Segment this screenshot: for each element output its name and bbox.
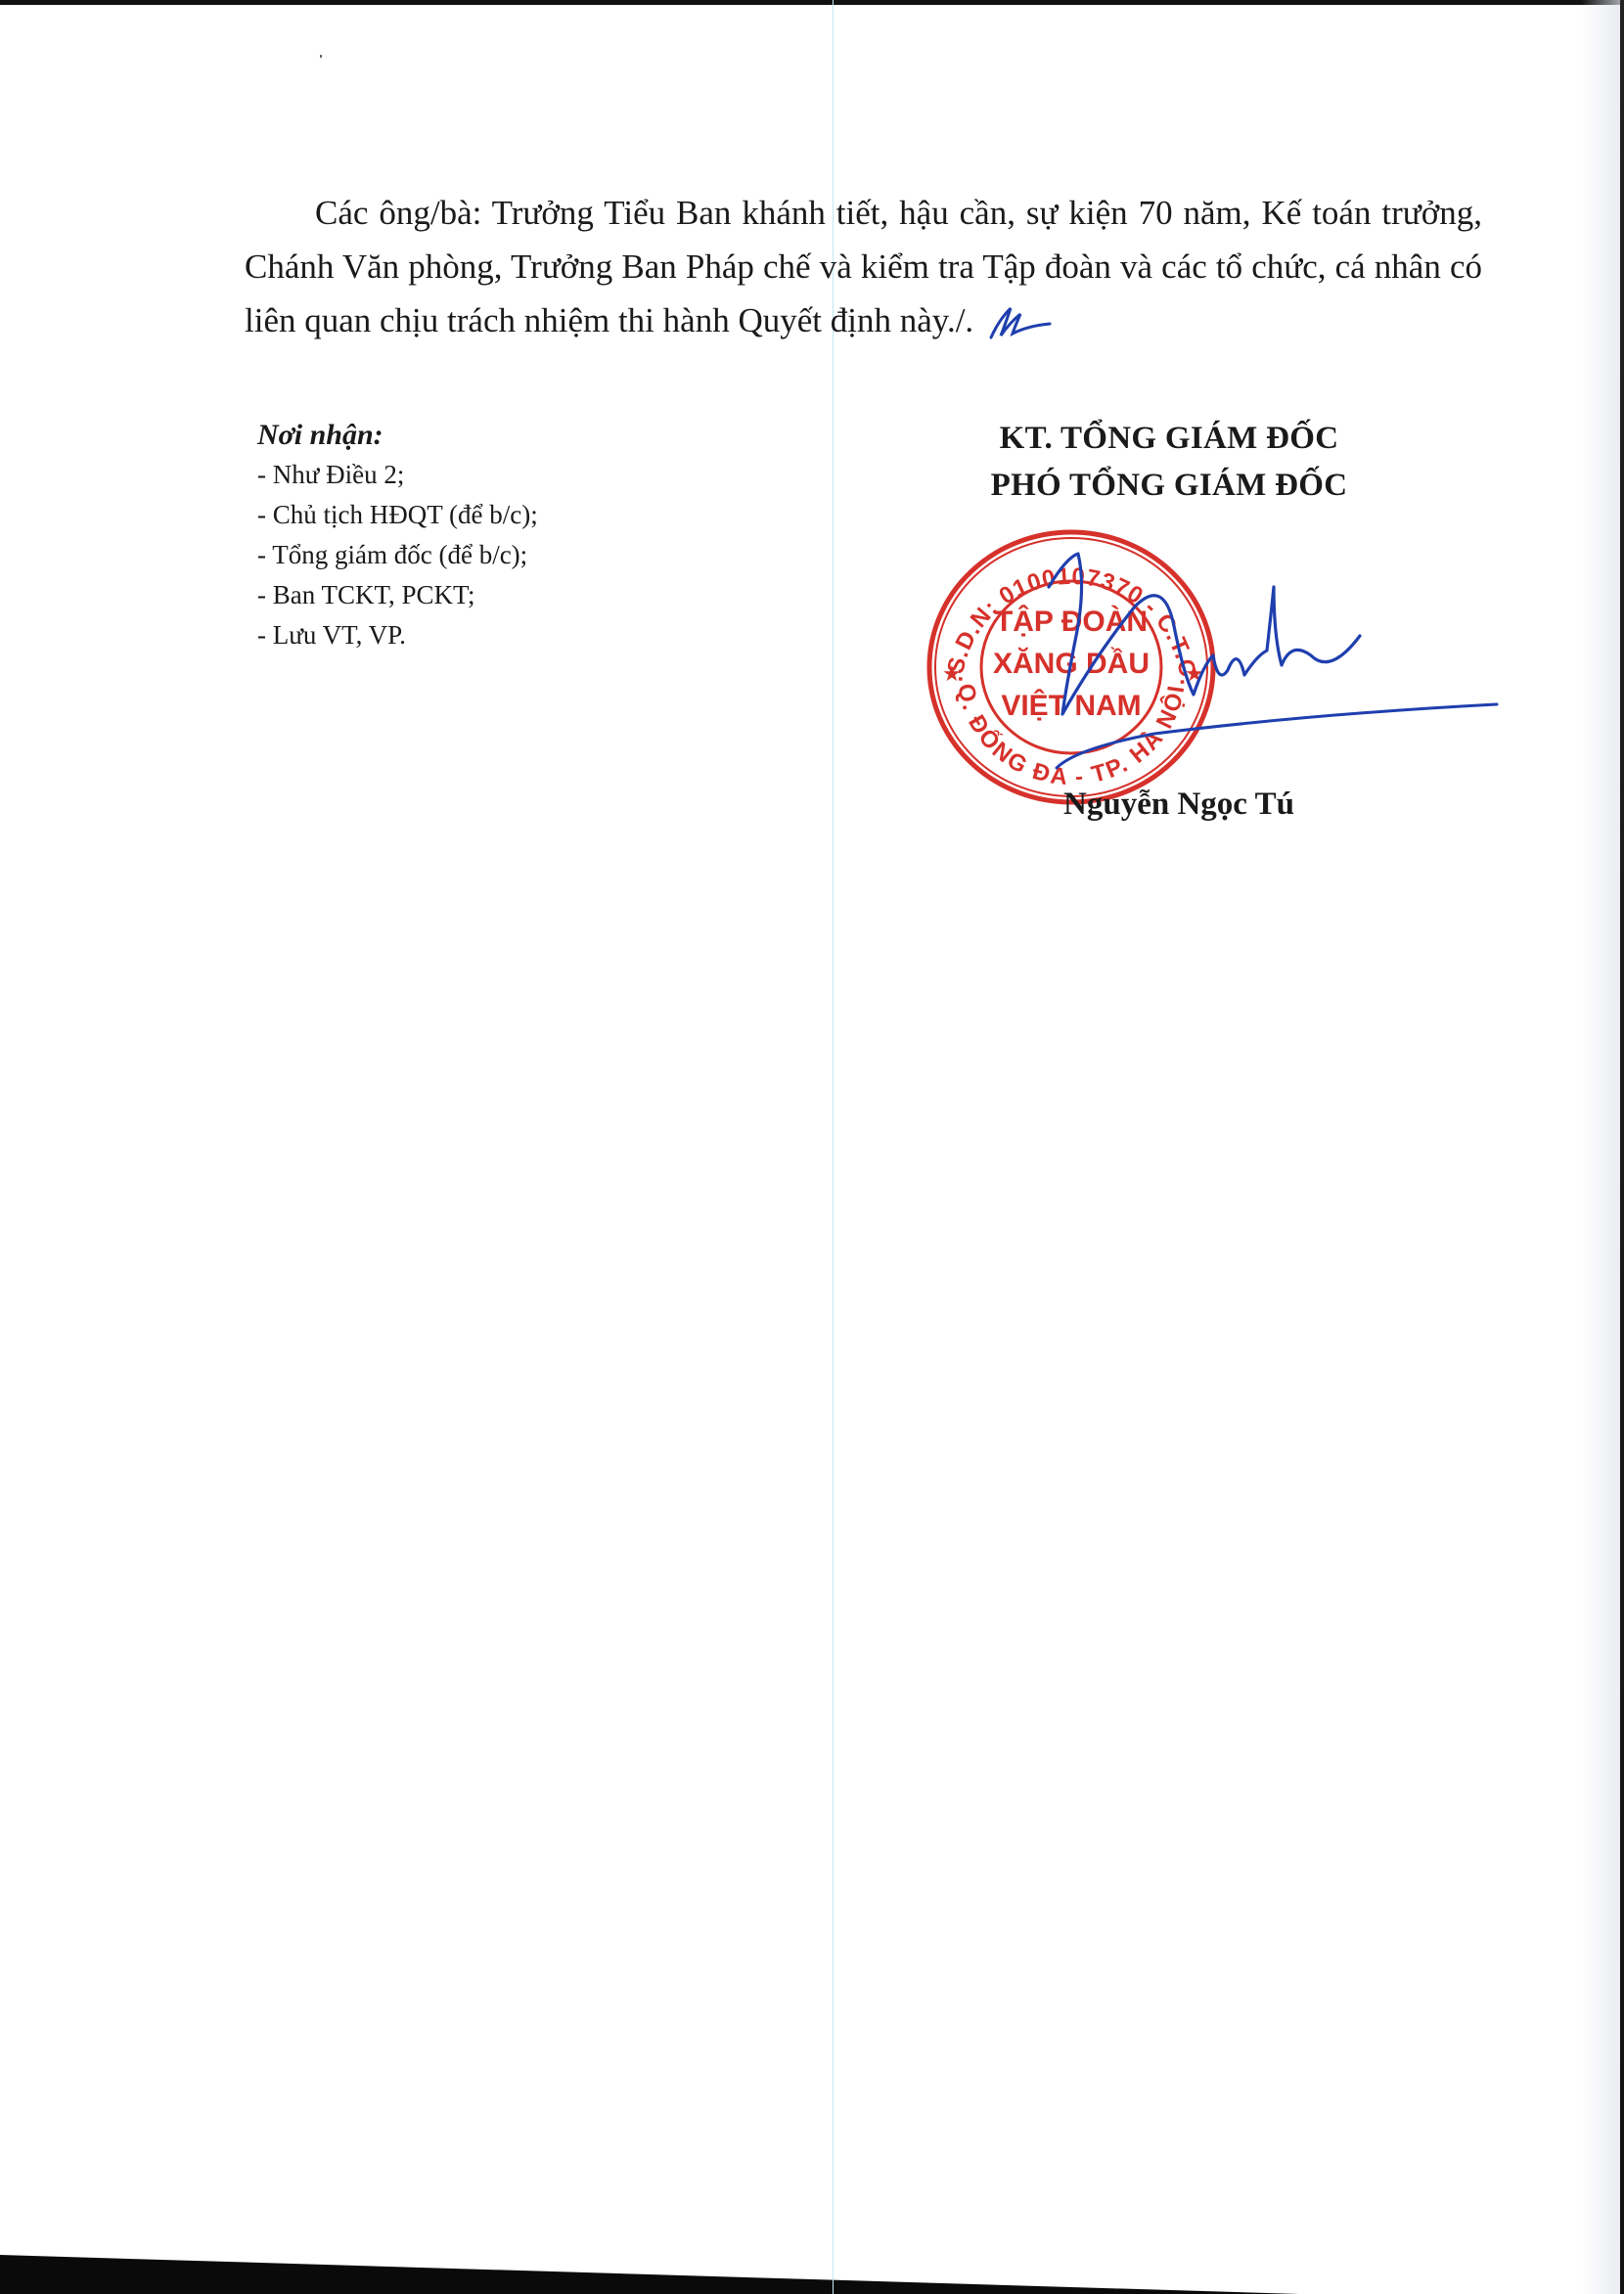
signature-title-line2: PHÓ TỔNG GIÁM ĐỐC [939,462,1399,509]
body-paragraph: Các ông/bà: Trưởng Tiểu Ban khánh tiết, … [245,186,1482,347]
recipients-title: Nơi nhận: [257,416,538,455]
signature-title-line1: KT. TỔNG GIÁM ĐỐC [939,415,1399,462]
signature-block: KT. TỔNG GIÁM ĐỐC PHÓ TỔNG GIÁM ĐỐC [939,415,1399,509]
scan-edge-top [0,0,1624,5]
scan-shadow-right [1581,0,1620,2294]
recipient-item: - Tổng giám đốc (để b/c); [257,535,538,575]
handwritten-signature-icon [1017,548,1507,773]
recipients-list: Nơi nhận: - Như Điều 2; - Chủ tịch HĐQT … [257,416,538,655]
initial-signature-icon [985,304,1054,343]
signer-name: Nguyễn Ngọc Tú [1017,787,1340,823]
scan-speck [320,55,322,58]
svg-text:★: ★ [942,661,962,686]
scan-edge-right [1620,0,1624,2294]
recipient-item: - Chủ tịch HĐQT (để b/c); [257,495,538,535]
recipient-item: - Ban TCKT, PCKT; [257,575,538,615]
body-text: Các ông/bà: Trưởng Tiểu Ban khánh tiết, … [245,194,1482,339]
recipient-item: - Lưu VT, VP. [257,615,538,655]
recipient-item: - Như Điều 2; [257,455,538,495]
scan-edge-bottom [0,2255,1624,2294]
